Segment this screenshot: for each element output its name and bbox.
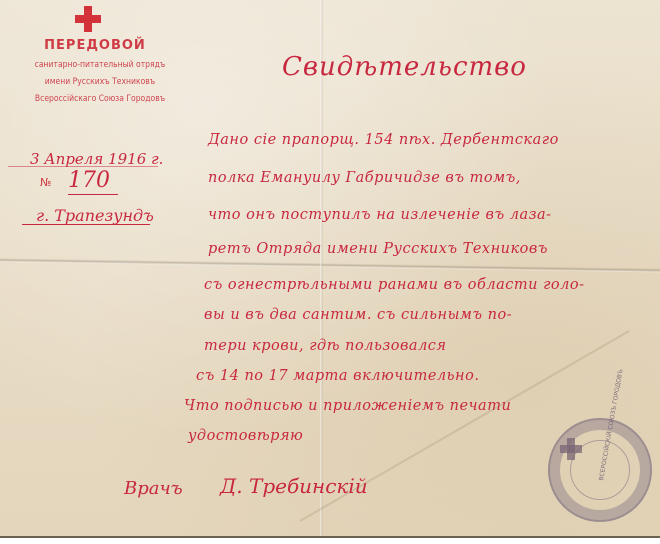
document-title: Свидѣтельство	[282, 52, 527, 82]
place-rule	[22, 224, 150, 225]
document-number: 170	[68, 168, 110, 193]
horizontal-fold	[0, 258, 660, 272]
letterhead-line-3: Всероссійскаго Союза Городовъ	[0, 94, 200, 104]
letterhead-line-1: санитарно-питательный отрядъ	[0, 60, 200, 70]
number-label: №	[40, 176, 51, 189]
body-line-9: Что подписью и приложенiемъ печати	[184, 398, 511, 414]
red-cross-icon	[75, 6, 101, 32]
doctor-signature: Д. Требинскій	[220, 474, 368, 498]
signature-label: Врачъ	[124, 478, 183, 499]
issue-place: г. Трапезундъ	[36, 206, 154, 225]
body-line-5: съ огнестрѣльными ранами въ области голо…	[204, 277, 585, 293]
body-line-3: что онъ поступилъ на излеченiе въ лаза-	[208, 207, 552, 223]
official-seal: ВСЕРОССІЙСКІЙ СОЮЗЪ ГОРОДОВЪ	[548, 418, 652, 522]
body-line-2: полка Емануилу Габричидзе въ томъ,	[208, 170, 521, 186]
body-line-4: ретъ Отряда имени Русскихъ Техниковъ	[208, 241, 548, 257]
seal-cross-icon	[560, 438, 582, 460]
letterhead-title: ПЕРЕДОВОЙ	[0, 38, 190, 53]
date-rule	[8, 166, 158, 167]
body-line-8: съ 14 по 17 марта включительно.	[196, 368, 479, 384]
body-line-10: удостовѣряю	[188, 428, 303, 444]
body-line-6: вы и въ два сантим. съ сильнымъ по-	[204, 307, 512, 323]
number-rule	[68, 194, 118, 195]
body-line-7: тери крови, гдѣ пользовался	[204, 338, 447, 354]
document-paper: ПЕРЕДОВОЙ санитарно-питательный отрядъ и…	[0, 0, 660, 538]
body-line-1: Дано сiе прапорщ. 154 пѣх. Дербентскаго	[208, 132, 559, 148]
letterhead-line-2: имени Русскихъ Техниковъ	[0, 77, 200, 87]
